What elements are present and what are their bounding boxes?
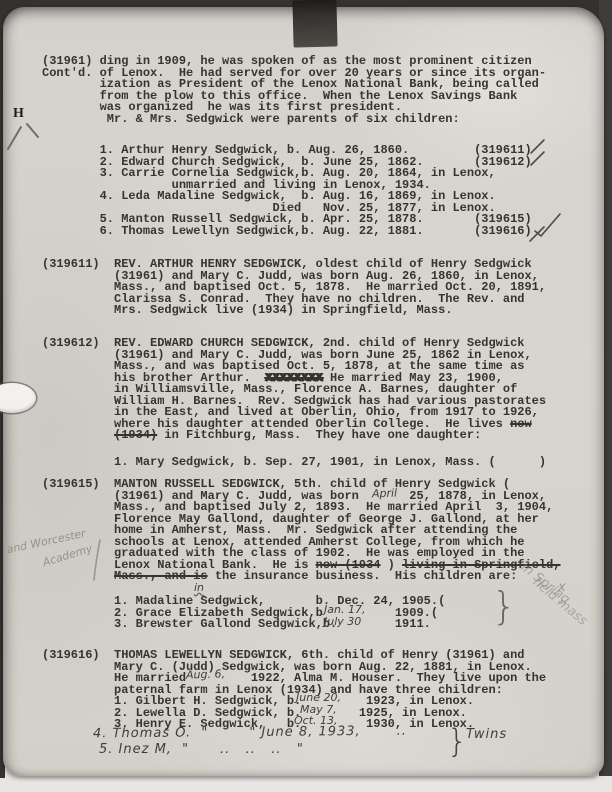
handwritten-date-april: April — [372, 488, 398, 501]
margin-h-stamp: H — [13, 106, 24, 122]
struck-text: now — [510, 417, 532, 431]
child-row: 6. Thomas Lewellyn Sedgwick,b. Aug. 22, … — [42, 226, 532, 238]
children-list-31961: 1. Arthur Henry Sedgwick, b. Aug. 26, 18… — [42, 145, 532, 237]
tape — [292, 0, 337, 48]
manton-children-list: 1. Madaline Sedgwick, b. Dec. 24, 1905.(… — [42, 596, 445, 631]
typed-text: in Fitchburg, Mass. They have one daught… — [157, 428, 481, 442]
section-31961-contd: (31961) ding in 1909, he was spoken of a… — [42, 56, 546, 125]
handwritten-child-row-4: 4. Thomas O. " " June 8, 1933, .. — [93, 726, 407, 741]
handwritten-date-aug6: Aug. 6, — [186, 668, 225, 681]
section-319611-arthur: (319611) REV. ARTHUR HENRY SEDGWICK, old… — [42, 259, 546, 317]
edward-daughter-line: 1. Mary Sedgwick, b. Sep. 27, 1901, in L… — [42, 457, 546, 469]
typed-line: Mrs. Sedgwick live (1934) in Springfield… — [42, 305, 546, 317]
section-319615-manton: (319615) MANTON RUSSELL SEDGWICK, 5th. c… — [42, 479, 561, 583]
typed-line-with-strike: Mass., and is the insurance business. Hi… — [42, 571, 561, 583]
typed-text — [42, 428, 114, 442]
typed-text — [42, 569, 114, 583]
scanned-page: H (31961) ding in 1909, he was spoken of… — [0, 0, 612, 792]
typed-text: the insurance business. His children are… — [208, 569, 518, 583]
struck-text: (1934) — [114, 428, 157, 442]
margin-x-mark: x — [558, 582, 566, 594]
typed-line-with-strike: (1934) in Fitchburg, Mass. They have one… — [42, 430, 546, 442]
child-row: 3. Brewster Gallond Sedgwick,b. 1911. — [42, 619, 445, 631]
insertion-in: in — [194, 582, 204, 594]
manton-children-brace: } — [492, 584, 516, 628]
twins-label: Twins — [466, 729, 507, 741]
section-319612-edward: (319612) REV. EDWARD CHURCH SEDGWICK, 2n… — [42, 338, 546, 442]
twins-brace: } — [447, 722, 467, 760]
handwritten-date-july30: July 30 — [324, 616, 361, 628]
handwritten-child-row-5: 5. Inez M, " .. .. .. " — [99, 744, 304, 756]
child-row: 1. Mary Sedgwick, b. Sep. 27, 1901, in L… — [42, 457, 546, 469]
typed-line: Mr. & Mrs. Sedgwick were parents of six … — [42, 114, 546, 126]
